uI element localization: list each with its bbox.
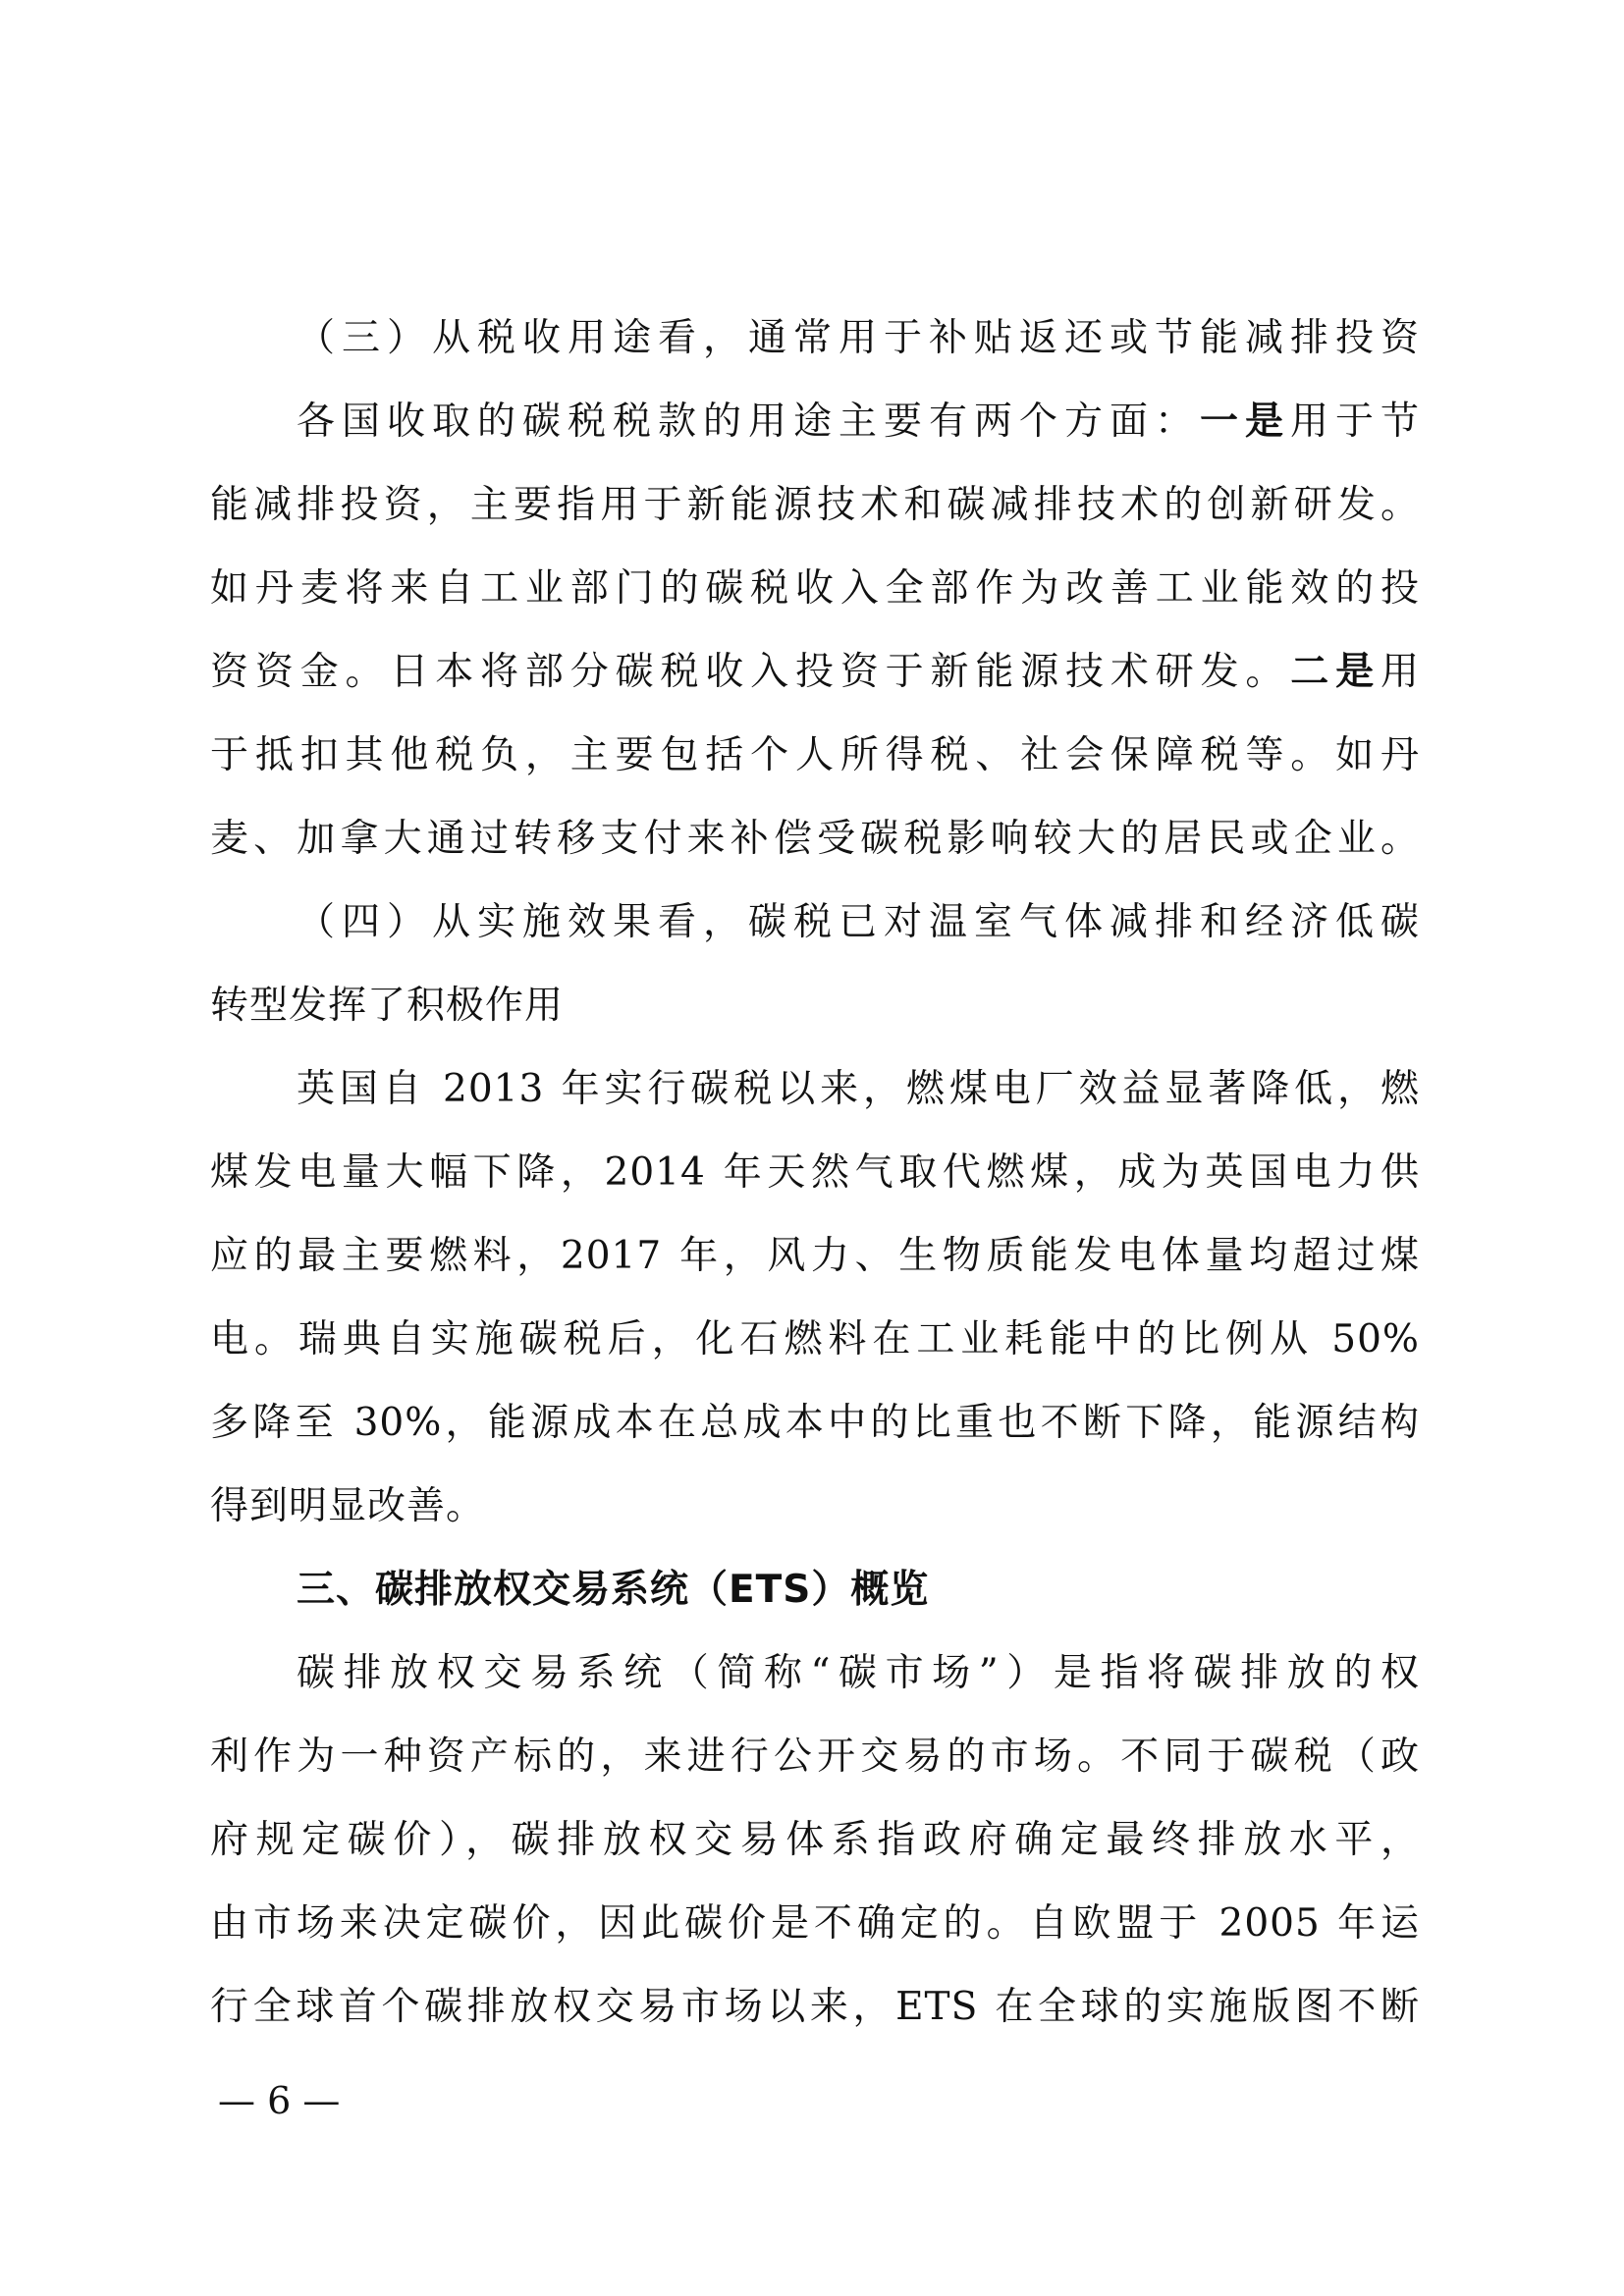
paragraph-line: 于抵扣其他税负，主要包括个人所得税、社会保障税等。如丹: [210, 726, 1420, 785]
bold-label-first: 一是: [1200, 400, 1290, 444]
paragraph-line: 由市场来决定碳价，因此碳价是不确定的。自欧盟于 2005 年运: [210, 1895, 1420, 1953]
text-segment: 用于节: [1290, 400, 1420, 444]
text-segment: 各国收取的碳税税款的用途主要有两个方面：: [297, 400, 1200, 444]
paragraph-line: 各国收取的碳税税款的用途主要有两个方面：一是用于节: [297, 393, 1420, 452]
subheading-three: （三）从税收用途看，通常用于补贴返还或节能减排投资: [297, 309, 1420, 368]
paragraph-line: 麦、加拿大通过转移支付来补偿受碳税影响较大的居民或企业。: [210, 810, 1420, 869]
paragraph-line: 英国自 2013 年实行碳税以来，燃煤电厂效益显著降低，燃: [297, 1060, 1420, 1119]
text-segment: 资资金。日本将部分碳税收入投资于新能源技术研发。: [210, 650, 1290, 694]
paragraph-line: 利作为一种资产标的，来进行公开交易的市场。不同于碳税（政: [210, 1728, 1420, 1787]
section-heading-ets: 三、碳排放权交易系统（ETS）概览: [297, 1561, 1420, 1620]
paragraph-line: 电。瑞典自实施碳税后，化石燃料在工业耗能中的比例从 50%: [210, 1310, 1420, 1369]
paragraph-line: 府规定碳价），碳排放权交易体系指政府确定最终排放水平，: [210, 1811, 1420, 1870]
paragraph-line: 得到明显改善。: [210, 1477, 1420, 1536]
subheading-four-cont: 转型发挥了积极作用: [210, 977, 1420, 1036]
bold-label-second: 二是: [1290, 650, 1380, 694]
paragraph-line: 行全球首个碳排放权交易市场以来，ETS 在全球的实施版图不断: [210, 1978, 1420, 2037]
paragraph-line: 如丹麦将来自工业部门的碳税收入全部作为改善工业能效的投: [210, 560, 1420, 618]
paragraph-line: 能减排投资，主要指用于新能源技术和碳减排技术的创新研发。: [210, 476, 1420, 535]
subheading-four: （四）从实施效果看，碳税已对温室气体减排和经济低碳: [297, 893, 1420, 952]
document-page: （三）从税收用途看，通常用于补贴返还或节能减排投资 各国收取的碳税税款的用途主要…: [0, 0, 1624, 2296]
text-segment: 用: [1380, 650, 1420, 694]
paragraph-line: 煤发电量大幅下降，2014 年天然气取代燃煤，成为英国电力供: [210, 1144, 1420, 1202]
paragraph-line: 多降至 30%，能源成本在总成本中的比重也不断下降，能源结构: [210, 1394, 1420, 1453]
page-number: — 6 —: [218, 2073, 340, 2128]
paragraph-line: 资资金。日本将部分碳税收入投资于新能源技术研发。二是用: [210, 643, 1420, 702]
paragraph-line: 碳排放权交易系统（简称“碳市场”）是指将碳排放的权: [297, 1644, 1420, 1703]
paragraph-line: 应的最主要燃料，2017 年，风力、生物质能发电体量均超过煤: [210, 1227, 1420, 1286]
